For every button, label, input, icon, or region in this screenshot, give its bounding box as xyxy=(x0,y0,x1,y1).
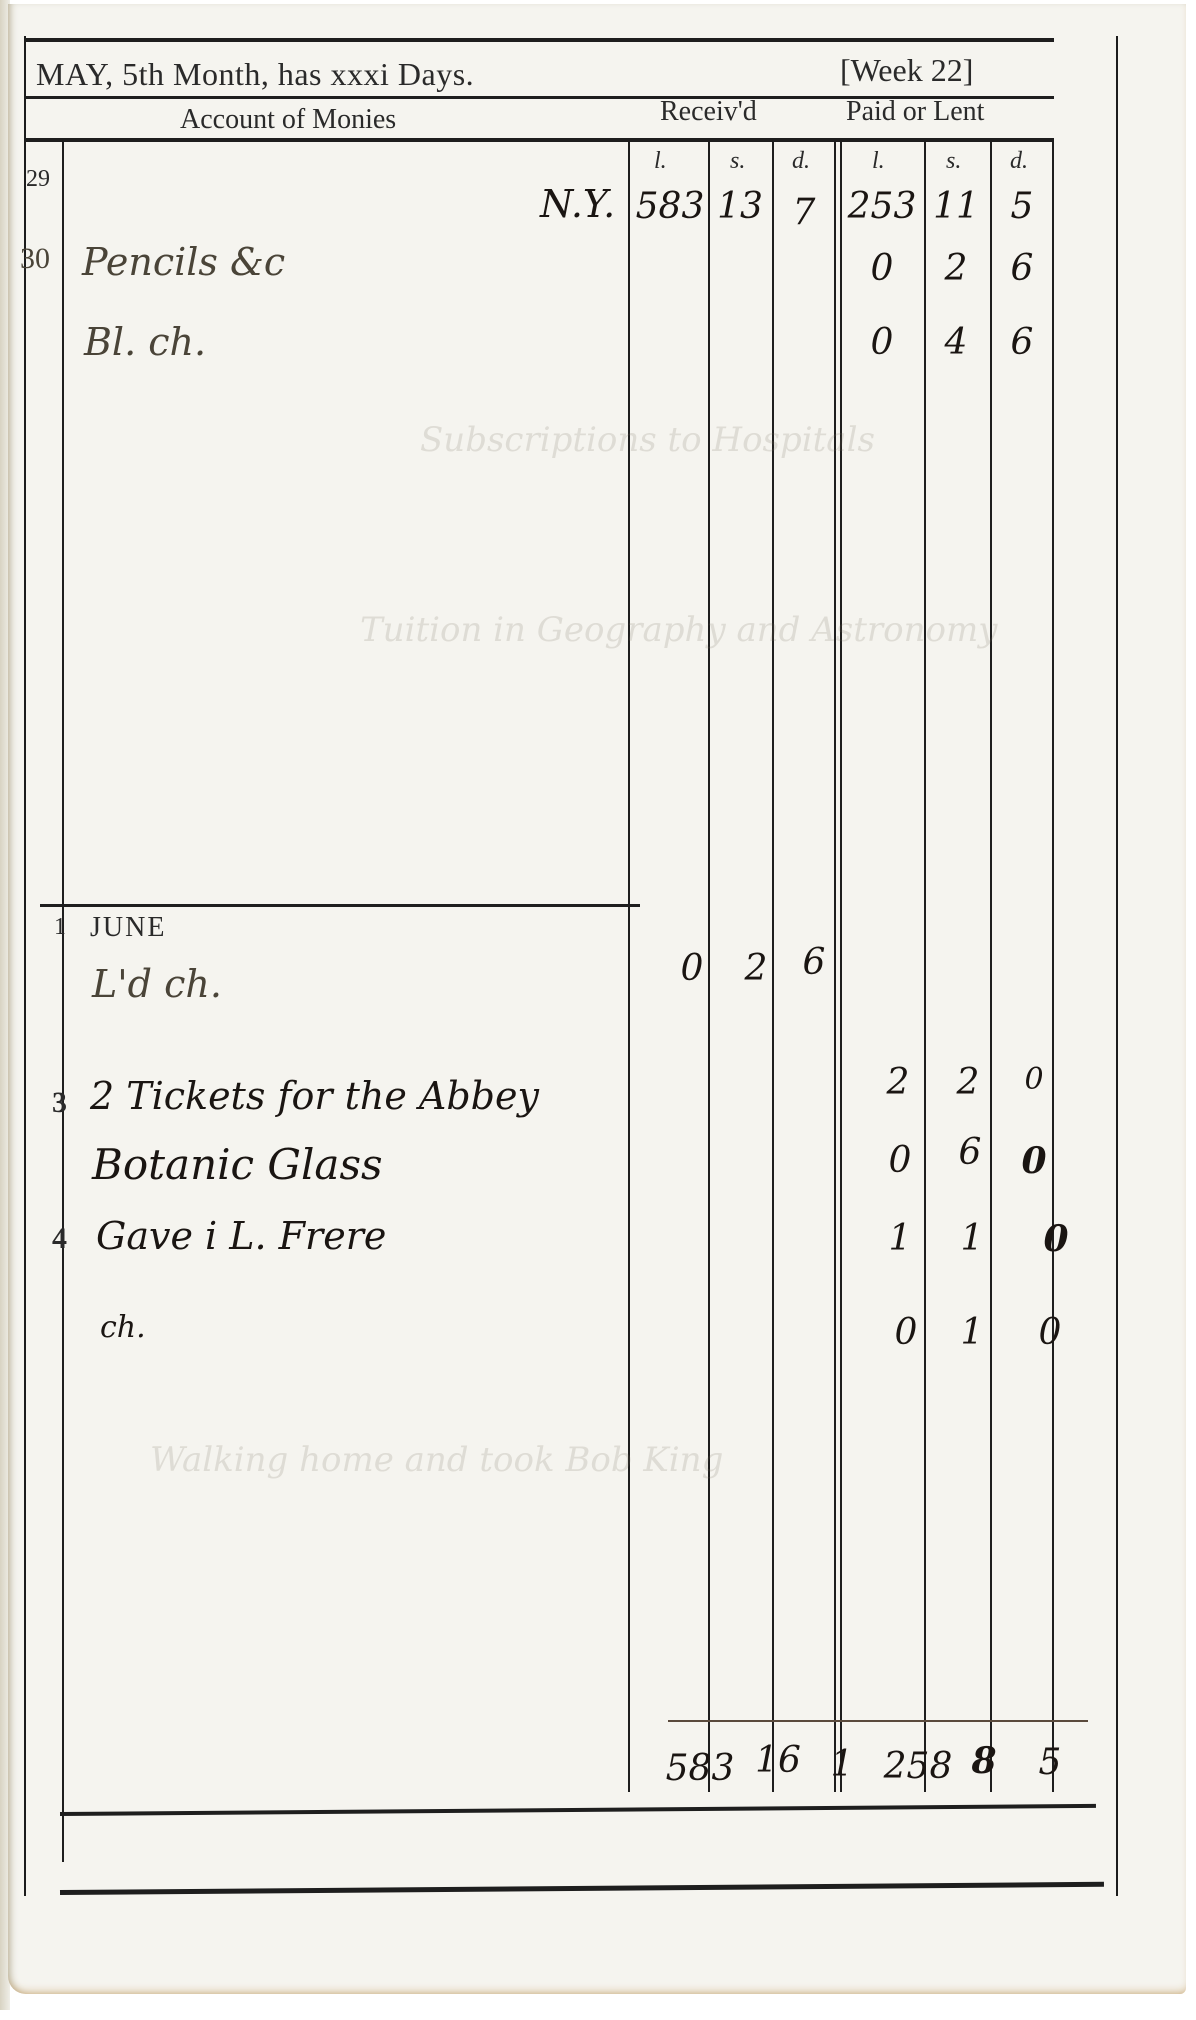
unit-received-d: d. xyxy=(792,148,810,175)
paid-l: 0 xyxy=(870,1140,930,1181)
paid-s: 1 xyxy=(942,1312,1002,1353)
paid-s: 2 xyxy=(926,248,986,289)
paid-s: 4 xyxy=(926,322,986,363)
unit-received-l: l. xyxy=(654,148,667,175)
day-number: 30 xyxy=(20,242,50,276)
day-number: 1 xyxy=(54,914,66,941)
paid-d: 0 xyxy=(1026,1218,1086,1260)
paid-d: 0 xyxy=(1004,1140,1064,1182)
totals-rule xyxy=(668,1720,1088,1722)
paid-s: 11 xyxy=(926,186,986,227)
paid-s: 1 xyxy=(942,1218,1002,1259)
unit-paid-l: l. xyxy=(872,148,885,175)
day-number: 29 xyxy=(26,166,50,193)
june-section-label: JUNE xyxy=(90,912,166,944)
total-paid-s: 8 xyxy=(954,1740,1014,1782)
received-l-line xyxy=(628,142,630,1792)
total-paid-l: 258 xyxy=(878,1746,958,1787)
paid-d: 6 xyxy=(992,248,1052,289)
paid-d: 6 xyxy=(992,322,1052,363)
received-l: 0 xyxy=(662,948,722,989)
received-s: 2 xyxy=(726,948,786,989)
received-s: 13 xyxy=(710,186,770,227)
entry-description: Gave i L. Frere xyxy=(96,1214,386,1258)
paid-d: 0 xyxy=(1004,1062,1064,1097)
paid-s-line xyxy=(990,142,992,1792)
paid-s: 6 xyxy=(940,1132,1000,1173)
paid-l: 0 xyxy=(876,1312,936,1353)
page-title: MAY, 5th Month, has xxxi Days. xyxy=(36,56,474,93)
june-divider-rule xyxy=(40,904,640,907)
paid-l: 2 xyxy=(868,1062,928,1103)
unit-paid-d: d. xyxy=(1010,148,1028,175)
paid-l-line xyxy=(924,142,926,1792)
paid-column-header: Paid or Lent xyxy=(846,96,984,128)
bleed-through-text: Walking home and took Bob King xyxy=(150,1440,723,1480)
top-rule xyxy=(24,38,1054,42)
account-column-header: Account of Monies xyxy=(180,104,396,136)
received-d: 7 xyxy=(774,192,834,233)
total-paid-d: 5 xyxy=(1020,1742,1080,1783)
header-rule xyxy=(24,138,1054,142)
entry-description: Bl. ch. xyxy=(84,320,206,364)
day-number: 4 xyxy=(52,1222,67,1256)
received-l: 583 xyxy=(632,186,708,227)
total-received-s: 16 xyxy=(748,1740,808,1781)
entry-description: ch. xyxy=(100,1310,146,1345)
paid-l: 0 xyxy=(852,248,912,289)
paid-s: 2 xyxy=(938,1062,998,1103)
total-received-l: 583 xyxy=(660,1748,740,1789)
entry-description: 2 Tickets for the Abbey xyxy=(90,1074,539,1118)
paid-l: 253 xyxy=(844,186,920,227)
total-received-d: 1 xyxy=(812,1744,872,1785)
paid-d-line xyxy=(1052,142,1054,1792)
entry-description: Pencils &c xyxy=(82,240,285,284)
received-column-header: Receiv'd xyxy=(660,96,757,128)
bleed-through-text: Tuition in Geography and Astronomy xyxy=(360,610,997,650)
unit-paid-s: s. xyxy=(946,148,961,175)
paid-l: 0 xyxy=(852,322,912,363)
paid-d: 0 xyxy=(1020,1312,1080,1353)
day-number: 3 xyxy=(52,1086,67,1120)
entry-note: N.Y. xyxy=(540,182,615,226)
date-column-line xyxy=(62,142,64,1862)
received-d: 6 xyxy=(784,942,844,983)
unit-received-s: s. xyxy=(730,148,745,175)
paid-d: 5 xyxy=(992,186,1052,227)
week-label: [Week 22] xyxy=(840,52,973,89)
entry-description: Botanic Glass xyxy=(92,1140,383,1189)
paid-l: 1 xyxy=(870,1218,930,1259)
entry-description: L'd ch. xyxy=(92,962,222,1006)
bleed-through-text: Subscriptions to Hospitals xyxy=(420,420,875,460)
